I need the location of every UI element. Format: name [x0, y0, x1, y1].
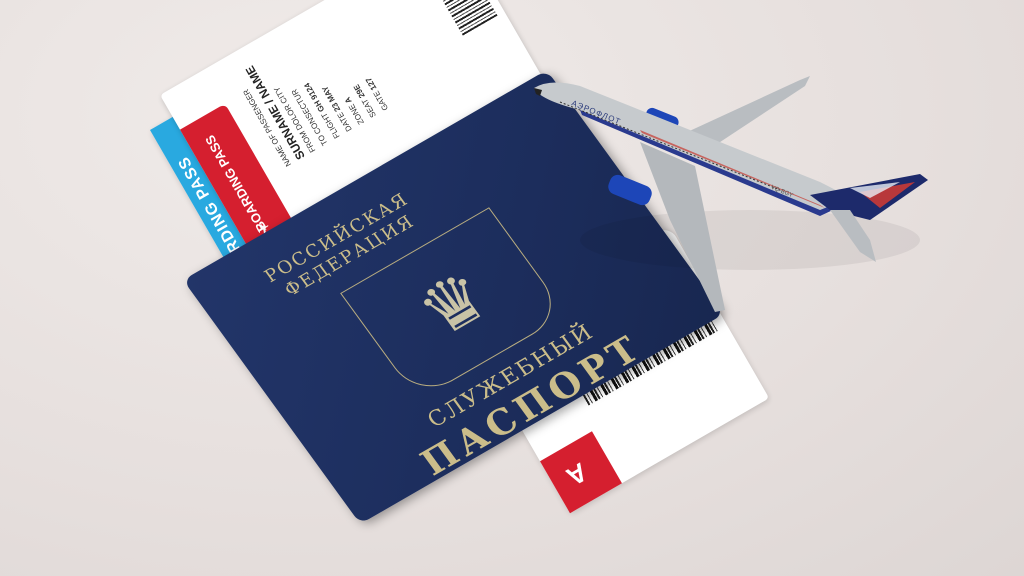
- to-label: TO: [316, 133, 329, 147]
- gate-value: 127: [364, 76, 378, 92]
- ticket-red-stub: A: [540, 431, 622, 513]
- ticket-stub-letter: A: [561, 456, 593, 492]
- barcode: [418, 0, 498, 36]
- zone-value: A: [343, 95, 354, 105]
- photo-scene: BOARDING PASS FIRST CLASS ✈ BOARDING PAS…: [0, 0, 1024, 576]
- double-headed-eagle-icon: ♛: [388, 245, 519, 363]
- boarding-pass-fields: NAME OF PASSENGER SURNAME / NAME FROM DO…: [231, 14, 393, 169]
- model-airplane: АЭРОФЛОТ VQ-BGY: [520, 70, 940, 320]
